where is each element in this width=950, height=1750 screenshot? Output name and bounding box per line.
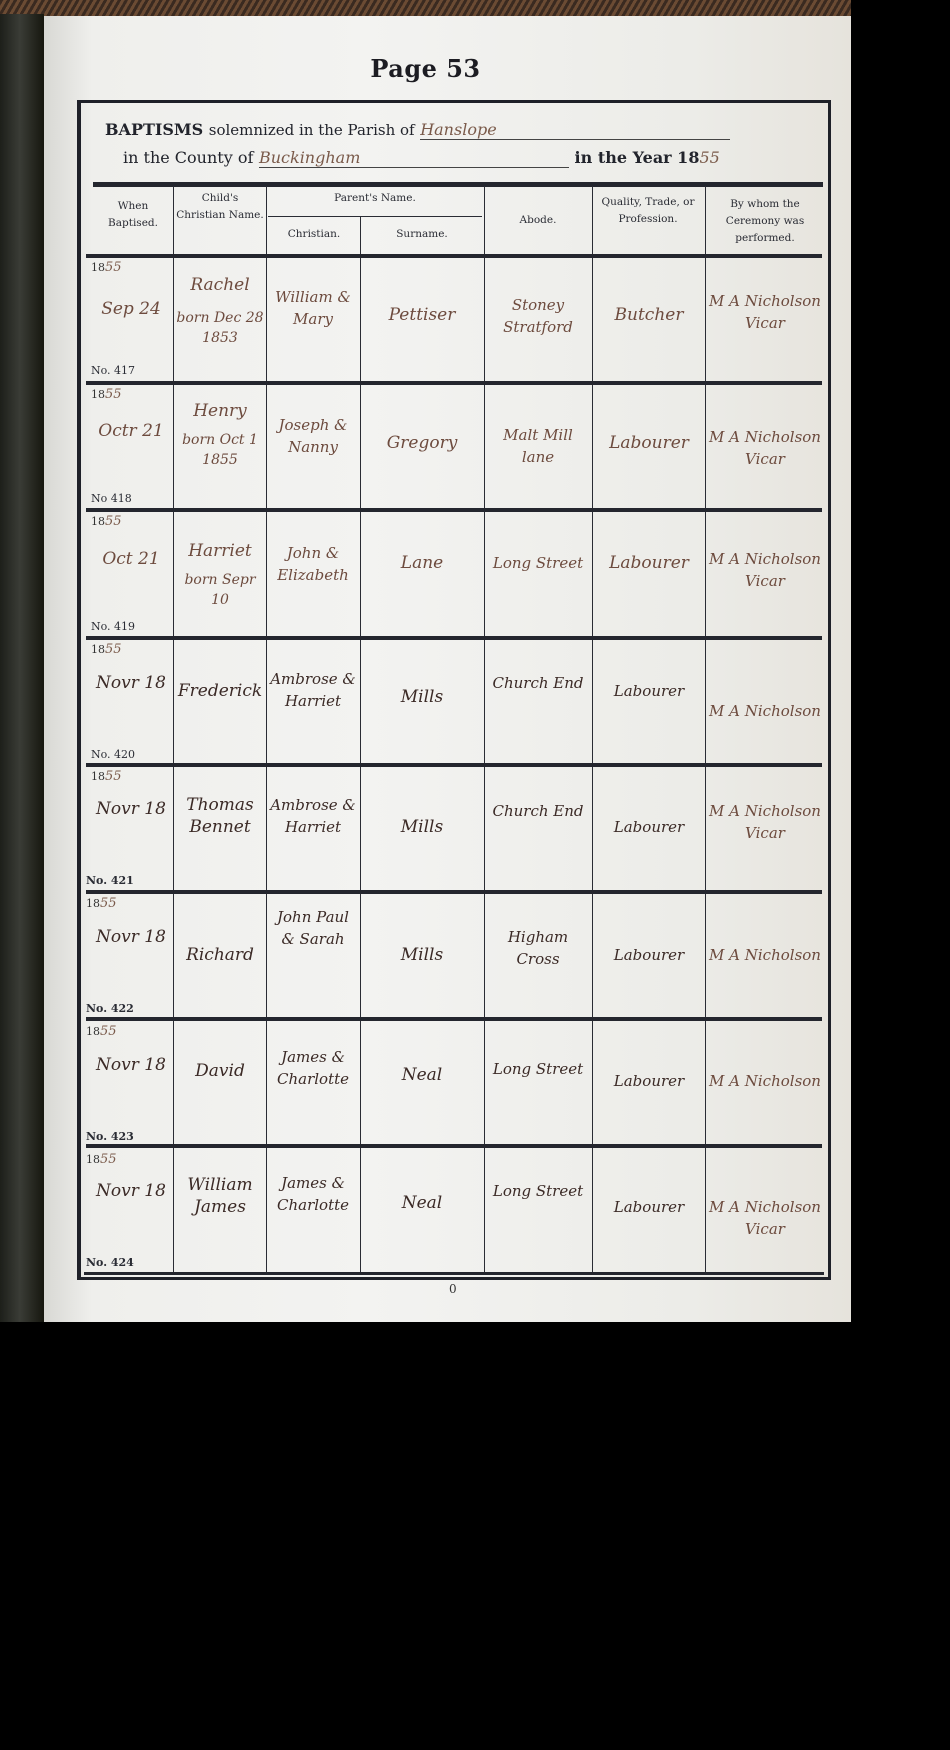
entry-abode: Church End xyxy=(486,800,590,822)
entry-child-note: born Dec 28 1853 xyxy=(176,308,264,348)
entry-date: Sep 24 xyxy=(92,298,170,320)
entry-date: Octr 21 xyxy=(92,420,170,442)
entry-abode: Long Street xyxy=(486,1180,590,1202)
header-line-county: in the County of Buckingham in the Year … xyxy=(123,148,720,168)
entry-surname: Neal xyxy=(362,1064,482,1086)
col-abode: Abode. xyxy=(486,212,590,229)
entry-officiant: M A Nicholson xyxy=(707,700,823,722)
entry-child: David xyxy=(176,1060,264,1082)
entry-date: Oct 21 xyxy=(92,548,170,570)
col-divider xyxy=(592,186,593,1272)
year-suffix: 55 xyxy=(699,148,719,167)
header-text-parish: solemnized in the Parish of xyxy=(209,121,415,139)
page-title: Page 53 xyxy=(0,54,851,83)
row-separator xyxy=(86,381,822,385)
entry-number: No. 423 xyxy=(86,1130,134,1143)
entry-profession: Labourer xyxy=(594,552,704,574)
header-line-parish: BAPTISMS solemnized in the Parish of Han… xyxy=(105,120,730,140)
entry-year: 1855 xyxy=(86,1152,117,1167)
entry-child: Thomas Bennet xyxy=(176,794,264,838)
entry-child-note: born Oct 1 1855 xyxy=(176,430,264,470)
col-parents: Parent's Name. xyxy=(268,190,482,207)
book-binding-top xyxy=(0,0,851,16)
entry-child: Richard xyxy=(176,944,264,966)
entry-date: Novr 18 xyxy=(92,926,170,948)
entry-date: Novr 18 xyxy=(92,1180,170,1202)
entry-profession: Butcher xyxy=(594,304,704,326)
col-christian: Christian. xyxy=(268,226,360,243)
entry-parents-christian: John Paul & Sarah xyxy=(268,906,358,950)
col-divider xyxy=(360,216,361,1272)
col-divider xyxy=(484,186,485,1272)
entry-number: No 418 xyxy=(91,492,132,505)
col-divider xyxy=(266,186,267,1272)
county-name: Buckingham xyxy=(259,148,360,167)
entry-parents-christian: Joseph & Nanny xyxy=(268,414,358,458)
entry-child: Rachel xyxy=(176,274,264,296)
entry-year: 1855 xyxy=(91,260,122,275)
entry-parents-christian: William & Mary xyxy=(268,286,358,330)
register-photo: Page 53 BAPTISMS solemnized in the Paris… xyxy=(0,0,851,1322)
entry-child: Harriet xyxy=(176,540,264,562)
header-prefix: BAPTISMS xyxy=(105,120,203,139)
entry-abode: Malt Mill lane xyxy=(486,424,590,468)
row-separator xyxy=(86,508,822,512)
book-spine xyxy=(0,14,44,1322)
row-separator xyxy=(86,636,822,640)
entry-year: 1855 xyxy=(86,896,117,911)
entry-number: No. 421 xyxy=(86,874,134,887)
entry-surname: Gregory xyxy=(362,432,482,454)
row-separator xyxy=(86,1017,822,1021)
entry-child: Henry xyxy=(176,400,264,422)
folio-mark: 0 xyxy=(449,1282,457,1296)
entry-profession: Labourer xyxy=(594,1070,704,1092)
col-officiant: By whom the Ceremony was performed. xyxy=(708,196,822,247)
col-child: Child's Christian Name. xyxy=(176,190,264,224)
entry-profession: Labourer xyxy=(594,1196,704,1218)
entry-child: William James xyxy=(176,1174,264,1218)
letterbox-bottom xyxy=(0,1322,950,1750)
table-bottom-rule xyxy=(84,1272,824,1275)
entry-abode: Long Street xyxy=(486,552,590,574)
entry-number: No. 424 xyxy=(86,1256,134,1269)
parents-divider xyxy=(268,216,482,217)
entry-officiant: M A NicholsonVicar xyxy=(707,800,823,844)
entry-profession: Labourer xyxy=(594,680,704,702)
entry-abode: Higham Cross xyxy=(486,926,590,970)
entry-parents-christian: Ambrose & Harriet xyxy=(268,794,358,838)
col-when: When Baptised. xyxy=(98,198,168,232)
entry-profession: Labourer xyxy=(594,944,704,966)
entry-surname: Mills xyxy=(362,816,482,838)
entry-officiant: M A Nicholson xyxy=(707,1070,823,1092)
entry-officiant: M A NicholsonVicar xyxy=(707,1196,823,1240)
entry-parents-christian: John & Elizabeth xyxy=(268,542,358,586)
row-separator xyxy=(86,1144,822,1148)
entry-child: Frederick xyxy=(176,680,264,702)
entry-profession: Labourer xyxy=(594,816,704,838)
entry-parents-christian: James & Charlotte xyxy=(268,1046,358,1090)
entry-abode: Stoney Stratford xyxy=(486,294,590,338)
entry-officiant: M A NicholsonVicar xyxy=(707,290,823,334)
entry-number: No. 419 xyxy=(91,620,135,633)
entry-profession: Labourer xyxy=(594,432,704,454)
entry-year: 1855 xyxy=(91,769,122,784)
header-rule xyxy=(93,182,823,187)
header-text-year: in the Year 18 xyxy=(575,148,700,167)
entry-number: No. 422 xyxy=(86,1002,134,1015)
entry-year: 1855 xyxy=(91,387,122,402)
col-quality: Quality, Trade, or Profession. xyxy=(596,194,700,228)
entry-surname: Mills xyxy=(362,686,482,708)
entry-date: Novr 18 xyxy=(92,1054,170,1076)
entry-parents-christian: Ambrose & Harriet xyxy=(268,668,358,712)
col-divider xyxy=(173,186,174,1272)
entry-date: Novr 18 xyxy=(92,672,170,694)
entry-year: 1855 xyxy=(86,1024,117,1039)
entry-abode: Church End xyxy=(486,672,590,694)
row-separator xyxy=(86,763,822,767)
entry-number: No. 420 xyxy=(91,748,135,761)
entry-year: 1855 xyxy=(91,642,122,657)
entry-parents-christian: James & Charlotte xyxy=(268,1172,358,1216)
row-separator xyxy=(86,890,822,894)
entry-surname: Lane xyxy=(362,552,482,574)
entry-year: 1855 xyxy=(91,514,122,529)
parish-name: Hanslope xyxy=(420,120,496,139)
entry-number: No. 417 xyxy=(91,364,135,377)
entry-date: Novr 18 xyxy=(92,798,170,820)
entry-surname: Neal xyxy=(362,1192,482,1214)
entry-officiant: M A NicholsonVicar xyxy=(707,426,823,470)
col-divider xyxy=(705,186,706,1272)
entry-child-note: born Sepr 10 xyxy=(176,570,264,610)
row-separator xyxy=(86,254,822,258)
entry-abode: Long Street xyxy=(486,1058,590,1080)
header-text-county: in the County of xyxy=(123,148,253,167)
entry-officiant: M A NicholsonVicar xyxy=(707,548,823,592)
entry-surname: Mills xyxy=(362,944,482,966)
entry-officiant: M A Nicholson xyxy=(707,944,823,966)
entry-surname: Pettiser xyxy=(362,304,482,326)
col-surname: Surname. xyxy=(362,226,482,243)
register-header: BAPTISMS solemnized in the Parish of Han… xyxy=(93,108,823,188)
